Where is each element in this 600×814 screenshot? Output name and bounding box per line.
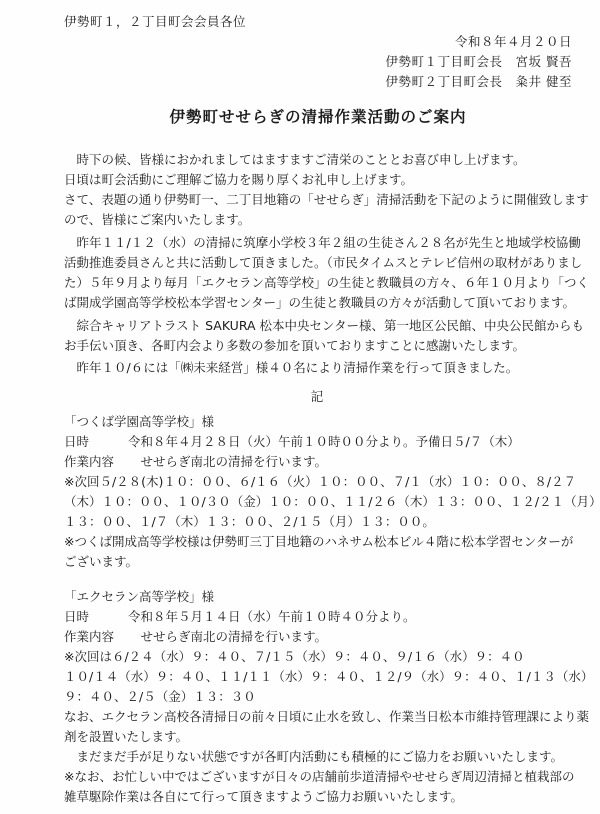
addressee: 伊勢町１，２丁目町会会員各位: [64, 12, 572, 32]
section-school-name: 「エクセラン高等学校」様: [64, 587, 572, 607]
note-line: 剤を設置いたします。: [64, 727, 572, 747]
schedule-line: （木）１０：００、１０/３０（金）１０：００、１１/２６（木）１３：００、１２/…: [64, 492, 572, 512]
datetime-row: 日時 令和８年５月１４日（水）午前１０時４０分より。: [64, 607, 572, 627]
issue-date: 令和８年４月２０日: [64, 32, 572, 52]
work-row: 作業内容 せせらぎ南北の清掃を行います。: [64, 452, 572, 472]
report-line: 昨年１１/１２（水）の清掃に筑摩小学校３年２組の生徒さん２８名が先生と地域学校協…: [64, 233, 572, 253]
work-row: 作業内容 せせらぎ南北の清掃を行います。: [64, 627, 572, 647]
greeting-line: ので、皆様にご案内いたします。: [64, 210, 572, 230]
closing-line: ※なお、お忙しい中ではございますが日々の店舗前歩道清掃やせせらぎ周辺清掃と植栽部…: [64, 767, 572, 787]
work-label: 作業内容: [64, 627, 128, 647]
mirai-line: 昨年１０/６には「㈱未来経営」様４０名により清掃作業を行って頂きました。: [64, 358, 572, 378]
greeting-paragraph: 時下の候、皆様におかれましてはますますご清栄のこととお喜び申し上げます。 日頃は…: [64, 150, 572, 230]
datetime-label: 日時: [64, 607, 128, 627]
greeting-line: 時下の候、皆様におかれましてはますますご清栄のこととお喜び申し上げます。: [64, 150, 572, 170]
greeting-line: さて、表題の通り伊勢町一、二丁目地籍の「せせらぎ」清掃活動を下記のように開催致し…: [64, 190, 572, 210]
datetime-row: 日時 令和８年４月２８日（火）午前１０時００分より。予備日５/７（木）: [64, 432, 572, 452]
date-sender-block: 令和８年４月２０日 伊勢町１丁目町会長 宮坂 賢吾 伊勢町２丁目町会長 粂井 健…: [64, 32, 572, 92]
water-stop-note: なお、エクセラン高校各清掃日の前々日頃に止水を致し、作業当日松本市維持管理課によ…: [64, 707, 572, 747]
note-line: ※つくば開成高等学校様は伊勢町三丁目地籍のハネサム松本ビル４階に松本学習センター…: [64, 532, 572, 552]
note-line: ございます。: [64, 552, 572, 572]
section-school-name: 「つくば学園高等学校」様: [64, 412, 572, 432]
schedule-line: ※次回は６/２４（水）９：４０、７/１５（水）９：４０、９/１６（水）９：４０: [64, 647, 572, 667]
report-line: 活動推進委員さんと共に活動して頂きました。（市民タイムスとテレビ信州の取材があり…: [64, 253, 572, 273]
thanks-line: 綜合キャリアトラスト SAKURA 松本中央センター様、第一地区公民館、中央公民…: [64, 316, 572, 336]
thanks-line: お手伝い頂き、各町内会より多数の参加を頂いておりますことに感謝いたします。: [64, 336, 572, 356]
datetime-value: 令和８年５月１４日（水）午前１０時４０分より。: [128, 607, 416, 627]
schedule-line: ※次回５/２８(木)１０：００、６/１６（火）１０：００、７/１（水）１０：００…: [64, 472, 572, 492]
work-value: せせらぎ南北の清掃を行います。: [128, 627, 327, 647]
document-title: 伊勢町せせらぎの清掃作業活動のご案内: [64, 106, 572, 128]
schedule-line: １０/１４（水）９：４０、１１/１１（水）９：４０、１２/９（水）９：４０、１/…: [64, 667, 572, 687]
section-tsukuba-gakuen: 「つくば学園高等学校」様 日時 令和８年４月２８日（火）午前１０時００分より。予…: [64, 412, 572, 572]
schedule-line: １３：００、１/７（木）１３：００、２/１５（月）１３：００。: [64, 512, 572, 532]
closing-line: まだまだ手が足りない状態ですが各町内活動にも積極的にご協力をお願いいたします。: [64, 747, 572, 767]
report-line: た）５年９月より毎月「エクセラン高等学校」の生徒と教職員の方々、６年１０月より「…: [64, 273, 572, 293]
datetime-label: 日時: [64, 432, 128, 452]
section-excellan: 「エクセラン高等学校」様 日時 令和８年５月１４日（水）午前１０時４０分より。 …: [64, 587, 572, 747]
activity-report-paragraph: 昨年１１/１２（水）の清掃に筑摩小学校３年２組の生徒さん２８名が先生と地域学校協…: [64, 233, 572, 313]
letter-page: 伊勢町１，２丁目町会会員各位 令和８年４月２０日 伊勢町１丁目町会長 宮坂 賢吾…: [0, 0, 600, 814]
schedule-line: ９：４０、２/５（金）１３：３０: [64, 687, 572, 707]
sender-chairman-1: 伊勢町１丁目町会長 宮坂 賢吾: [64, 52, 572, 72]
thanks-paragraph: 綜合キャリアトラスト SAKURA 松本中央センター様、第一地区公民館、中央公民…: [64, 316, 572, 356]
schedule-list: ※次回５/２８(木)１０：００、６/１６（火）１０：００、７/１（水）１０：００…: [64, 472, 572, 532]
mirai-keiei-paragraph: 昨年１０/６には「㈱未来経営」様４０名により清掃作業を行って頂きました。: [64, 358, 572, 378]
sender-chairman-2: 伊勢町２丁目町会長 粂井 健至: [64, 72, 572, 92]
note-line: なお、エクセラン高校各清掃日の前々日頃に止水を致し、作業当日松本市維持管理課によ…: [64, 707, 572, 727]
report-line: ば開成学園高等学校松本学習センター」の生徒と教職員の方々が活動して頂いております…: [64, 293, 572, 313]
work-value: せせらぎ南北の清掃を行います。: [128, 452, 327, 472]
work-label: 作業内容: [64, 452, 128, 472]
record-marker: 記: [64, 387, 572, 407]
location-note: ※つくば開成高等学校様は伊勢町三丁目地籍のハネサム松本ビル４階に松本学習センター…: [64, 532, 572, 572]
schedule-list: ※次回は６/２４（水）９：４０、７/１５（水）９：４０、９/１６（水）９：４０ …: [64, 647, 572, 707]
greeting-line: 日頃は町会活動にご理解ご協力を賜り厚くお礼申し上げます。: [64, 170, 572, 190]
closing-line: 雑草駆除作業は各自にて行って頂きますようご協力お願いいたします。: [64, 787, 572, 807]
datetime-value: 令和８年４月２８日（火）午前１０時００分より。予備日５/７（木）: [128, 432, 520, 452]
closing-paragraph: まだまだ手が足りない状態ですが各町内活動にも積極的にご協力をお願いいたします。 …: [64, 747, 572, 807]
